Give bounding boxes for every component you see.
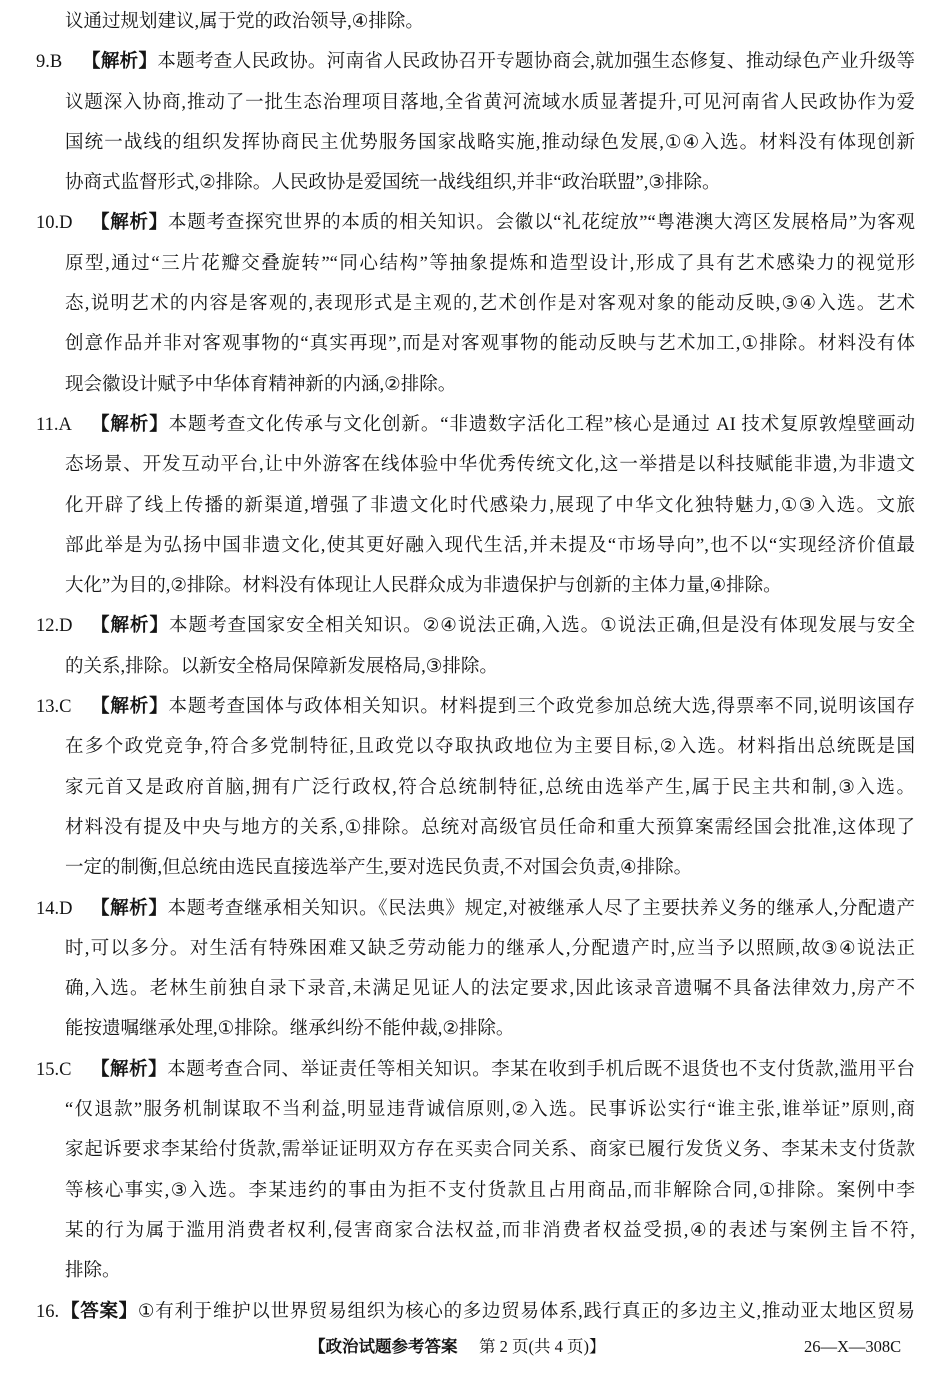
question-number: 13. xyxy=(36,697,59,717)
question-15: 15.C 【解析】本题考查合同、举证责任等相关知识。李某在收到手机后既不退货也不… xyxy=(0,1050,950,1090)
document-code: 26—X—308C xyxy=(804,1327,901,1367)
question-header: 13.C xyxy=(36,687,91,727)
text-line: 原型,通过“三片花瓣交叠旋转”“同心结构”等抽象提炼和造型设计,形成了具有艺术感… xyxy=(0,244,950,284)
text-line: 现会徽设计赋予中华体育精神新的内涵,②排除。 xyxy=(0,365,950,405)
text-line: 家起诉要求李某给付货款,需举证证明双方存在买卖合同关系、商家已履行发货义务、李某… xyxy=(0,1130,950,1170)
question-text-line: 【解析】本题考查文化传承与文化创新。“非遗数字活化工程”核心是通过 AI 技术复… xyxy=(91,405,915,445)
question-text-line: 【解析】本题考查合同、举证责任等相关知识。李某在收到手机后既不退货也不支付货款,… xyxy=(91,1050,915,1090)
answer-letter: B xyxy=(50,52,62,72)
question-text-line: 【解析】本题考查探究世界的本质的相关知识。会徽以“礼花绽放”“粤港澳大湾区发展格… xyxy=(91,203,915,243)
text-line: 时,可以多分。对生活有特殊困难又缺乏劳动能力的继承人,分配遗产时,应当予以照顾,… xyxy=(0,929,950,969)
question-header: 16. xyxy=(36,1292,61,1332)
text-line: 等核心事实,③入选。李某违约的事由为拒不支付货款且占用商品,而非解除合同,①排除… xyxy=(0,1171,950,1211)
question-12: 12.D 【解析】本题考查国家安全相关知识。②④说法正确,入选。①说法正确,但是… xyxy=(0,606,950,646)
line-text: 本题考查国家安全相关知识。②④说法正确,入选。①说法正确,但是没有体现发展与安全 xyxy=(169,616,915,636)
question-number: 14. xyxy=(36,899,59,919)
question-number: 11. xyxy=(36,415,58,435)
question-number: 9. xyxy=(36,52,50,72)
footer-title: 【政治试题参考答案 xyxy=(309,1327,458,1367)
text-line: 某的行为属于滥用消费者权利,侵害商家合法权益,而非消费者权益受损,④的表述与案例… xyxy=(0,1211,950,1251)
line-text: 本题考查合同、举证责任等相关知识。李某在收到手机后既不退货也不支付货款,滥用平台 xyxy=(167,1060,915,1080)
continued-line: 议通过规划建议,属于党的政治领导,④排除。 xyxy=(0,2,950,42)
text-line: “仅退款”服务机制谋取不当利益,明显违背诚信原则,②入选。民事诉讼实行“谁主张,… xyxy=(0,1090,950,1130)
question-9: 9.B 【解析】本题考查人民政协。河南省人民政协召开专题协商会,就加强生态修复、… xyxy=(0,42,950,82)
question-text-line: 【答案】①有利于维护以世界贸易组织为核心的多边贸易体系,践行真正的多边主义,推动… xyxy=(61,1292,915,1332)
text-line: 的关系,排除。以新安全格局保障新发展格局,③排除。 xyxy=(0,647,950,687)
question-11: 11.A 【解析】本题考查文化传承与文化创新。“非遗数字活化工程”核心是通过 A… xyxy=(0,405,950,445)
answer-label: 【答案】 xyxy=(61,1302,138,1322)
text-line: 能按遗嘱继承处理,①排除。继承纠纷不能仲裁,②排除。 xyxy=(0,1009,950,1049)
line-text: 本题考查探究世界的本质的相关知识。会徽以“礼花绽放”“粤港澳大湾区发展格局”为客… xyxy=(168,213,915,233)
question-14: 14.D 【解析】本题考查继承相关知识。《民法典》规定,对被继承人尽了主要扶养义… xyxy=(0,889,950,929)
question-13: 13.C 【解析】本题考查国体与政体相关知识。材料提到三个政党参加总统大选,得票… xyxy=(0,687,950,727)
answer-letter: D xyxy=(59,899,72,919)
question-header: 11.A xyxy=(36,405,91,445)
question-header: 12.D xyxy=(36,606,91,646)
text-line: 国统一战线的组织发挥协商民主优势服务国家战略实施,推动绿色发展,①④入选。材料没… xyxy=(0,123,950,163)
text-line: 材料没有提及中央与地方的关系,①排除。总统对高级官员任命和重大预算案需经国会批准… xyxy=(0,808,950,848)
analysis-label: 【解析】 xyxy=(91,899,168,919)
question-10: 10.D 【解析】本题考查探究世界的本质的相关知识。会徽以“礼花绽放”“粤港澳大… xyxy=(0,203,950,243)
text-line: 化开辟了线上传播的新渠道,增强了非遗文化时代感染力,展现了中华文化独特魅力,①③… xyxy=(0,486,950,526)
page-footer: 【政治试题参考答案 第 2 页(共 4 页)】 26—X—308C xyxy=(0,1327,950,1367)
question-text-line: 【解析】本题考查人民政协。河南省人民政协召开专题协商会,就加强生态修复、推动绿色… xyxy=(82,42,915,82)
question-16: 16. 【答案】①有利于维护以世界贸易组织为核心的多边贸易体系,践行真正的多边主… xyxy=(0,1292,950,1332)
analysis-label: 【解析】 xyxy=(91,213,168,233)
page-number: 第 2 页(共 4 页)】 xyxy=(479,1327,606,1367)
text-line: 大化”为目的,②排除。材料没有体现让人民群众成为非遗保护与创新的主体力量,④排除… xyxy=(0,566,950,606)
line-text: 本题考查文化传承与文化创新。“非遗数字活化工程”核心是通过 AI 技术复原敦煌壁… xyxy=(169,415,915,435)
answer-letter: C xyxy=(59,697,71,717)
text-line: 确,入选。老林生前独自录下录音,未满足见证人的法定要求,因此该录音遗嘱不具备法律… xyxy=(0,969,950,1009)
line-text: 本题考查国体与政体相关知识。材料提到三个政党参加总统大选,得票率不同,说明该国存 xyxy=(169,697,915,717)
line-text: 本题考查继承相关知识。《民法典》规定,对被继承人尽了主要扶养义务的继承人,分配遗… xyxy=(168,899,915,919)
answer-content: 议通过规划建议,属于党的政治领导,④排除。 9.B 【解析】本题考查人民政协。河… xyxy=(0,2,950,1332)
text-line: 在多个政党竞争,符合多党制特征,且政党以夺取执政地位为主要目标,②入选。材料指出… xyxy=(0,727,950,767)
text-line: 排除。 xyxy=(0,1251,950,1291)
line-text: 本题考查人民政协。河南省人民政协召开专题协商会,就加强生态修复、推动绿色产业升级… xyxy=(157,52,915,72)
question-text-line: 【解析】本题考查国家安全相关知识。②④说法正确,入选。①说法正确,但是没有体现发… xyxy=(91,606,915,646)
text-line: 态场景、开发互动平台,让中外游客在线体验中华优秀传统文化,这一举措是以科技赋能非… xyxy=(0,445,950,485)
answer-key-page: 议通过规划建议,属于党的政治领导,④排除。 9.B 【解析】本题考查人民政协。河… xyxy=(0,0,950,1373)
question-header: 9.B xyxy=(36,42,82,82)
analysis-label: 【解析】 xyxy=(82,52,157,72)
text-line: 协商式监督形式,②排除。人民政协是爱国统一战线组织,并非“政治联盟”,③排除。 xyxy=(0,163,950,203)
answer-letter: D xyxy=(59,213,72,233)
text-line: 议题深入协商,推动了一批生态治理项目落地,全省黄河流域水质显著提升,可见河南省人… xyxy=(0,83,950,123)
analysis-label: 【解析】 xyxy=(91,415,169,435)
answer-letter: C xyxy=(59,1060,71,1080)
question-header: 15.C xyxy=(36,1050,91,1090)
text-line: 部此举是为弘扬中国非遗文化,使其更好融入现代生活,并未提及“市场导向”,也不以“… xyxy=(0,526,950,566)
question-number: 15. xyxy=(36,1060,59,1080)
text-line: 创意作品并非对客观事物的“真实再现”,而是对客观事物的能动反映与艺术加工,①排除… xyxy=(0,324,950,364)
question-text-line: 【解析】本题考查国体与政体相关知识。材料提到三个政党参加总统大选,得票率不同,说… xyxy=(91,687,915,727)
question-text-line: 【解析】本题考查继承相关知识。《民法典》规定,对被继承人尽了主要扶养义务的继承人… xyxy=(91,889,915,929)
question-header: 10.D xyxy=(36,203,91,243)
question-number: 10. xyxy=(36,213,59,233)
analysis-label: 【解析】 xyxy=(91,1060,167,1080)
question-number: 12. xyxy=(36,616,59,636)
text-line: 态,说明艺术的内容是客观的,表现形式是主观的,艺术创作是对客观对象的能动反映,③… xyxy=(0,284,950,324)
question-header: 14.D xyxy=(36,889,91,929)
answer-letter: D xyxy=(59,616,72,636)
text-line: 一定的制衡,但总统由选民直接选举产生,要对选民负责,不对国会负责,④排除。 xyxy=(0,848,950,888)
text-line: 家元首又是政府首脑,拥有广泛行政权,符合总统制特征,总统由选举产生,属于民主共和… xyxy=(0,768,950,808)
question-number: 16. xyxy=(36,1302,59,1322)
analysis-label: 【解析】 xyxy=(91,697,169,717)
analysis-label: 【解析】 xyxy=(91,616,169,636)
answer-letter: A xyxy=(58,415,71,435)
line-text: ①有利于维护以世界贸易组织为核心的多边贸易体系,践行真正的多边主义,推动亚太地区… xyxy=(138,1302,915,1322)
